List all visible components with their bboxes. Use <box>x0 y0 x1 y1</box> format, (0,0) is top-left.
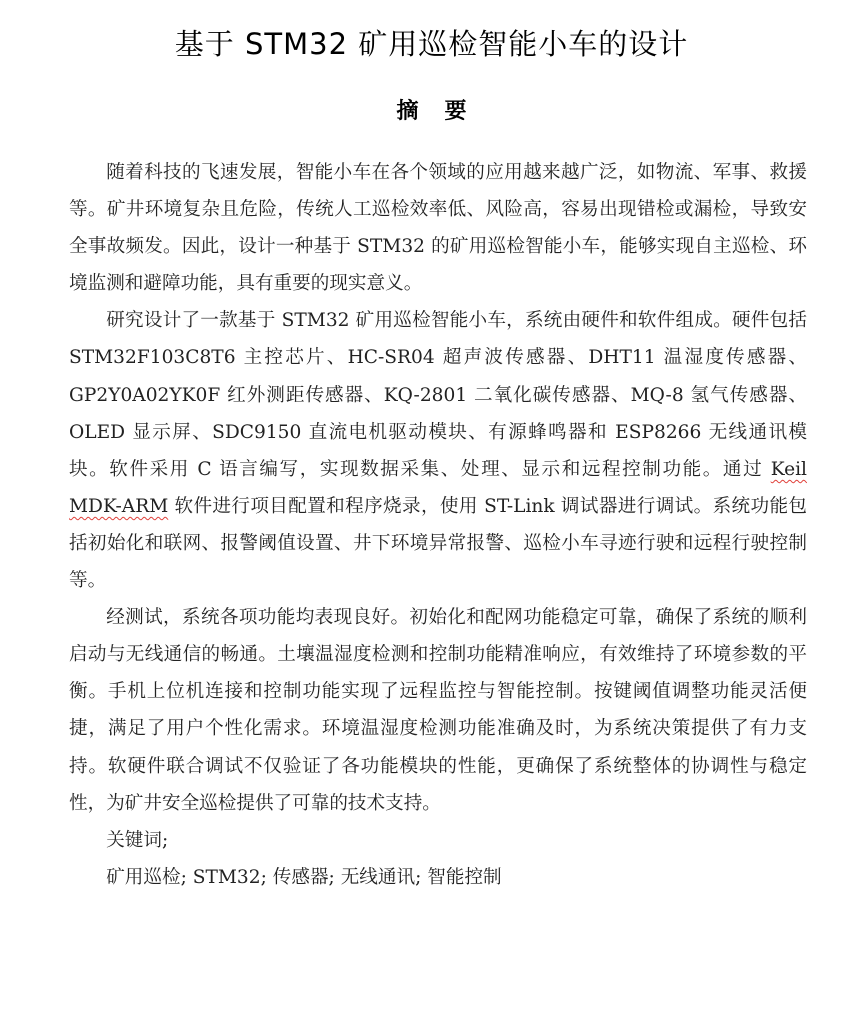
keywords-list: 矿用巡检; STM32; 传感器; 无线通讯; 智能控制 <box>69 859 807 896</box>
abstract-heading-char: 摘 <box>396 99 418 124</box>
text-run: 软件进行项目配置和程序烧录，使用 ST-Link 调试器进行调试。系统功能包括初… <box>69 496 807 591</box>
document-page: 基于 STM32 矿用巡检智能小车的设计 摘要 随着科技的飞速发展，智能小车在各… <box>0 0 863 1024</box>
abstract-body: 随着科技的飞速发展，智能小车在各个领域的应用越来越广泛，如物流、军事、救援等。矿… <box>69 154 807 896</box>
abstract-paragraph-1[interactable]: 随着科技的飞速发展，智能小车在各个领域的应用越来越广泛，如物流、军事、救援等。矿… <box>69 154 807 302</box>
text-run: 研究设计了一款基于 STM32 矿用巡检智能小车，系统由硬件和软件组成。硬件包括… <box>69 310 807 479</box>
abstract-paragraph-3[interactable]: 经测试，系统各项功能均表现良好。初始化和配网功能稳定可靠，确保了系统的顺利启动与… <box>69 599 807 822</box>
abstract-heading: 摘要 <box>0 94 863 130</box>
keywords-label: 关键词; <box>69 822 807 859</box>
text-run: 经测试，系统各项功能均表现良好。初始化和配网功能稳定可靠，确保了系统的顺利启动与… <box>69 607 807 813</box>
spellcheck-flagged-word[interactable]: Keil <box>771 459 807 480</box>
document-title: 基于 STM32 矿用巡检智能小车的设计 <box>0 22 863 66</box>
abstract-heading-char: 要 <box>445 99 467 124</box>
text-run: 随着科技的飞速发展，智能小车在各个领域的应用越来越广泛，如物流、军事、救援等。矿… <box>69 162 807 294</box>
abstract-paragraph-2[interactable]: 研究设计了一款基于 STM32 矿用巡检智能小车，系统由硬件和软件组成。硬件包括… <box>69 302 807 599</box>
spellcheck-flagged-word[interactable]: MDK-ARM <box>69 496 168 517</box>
